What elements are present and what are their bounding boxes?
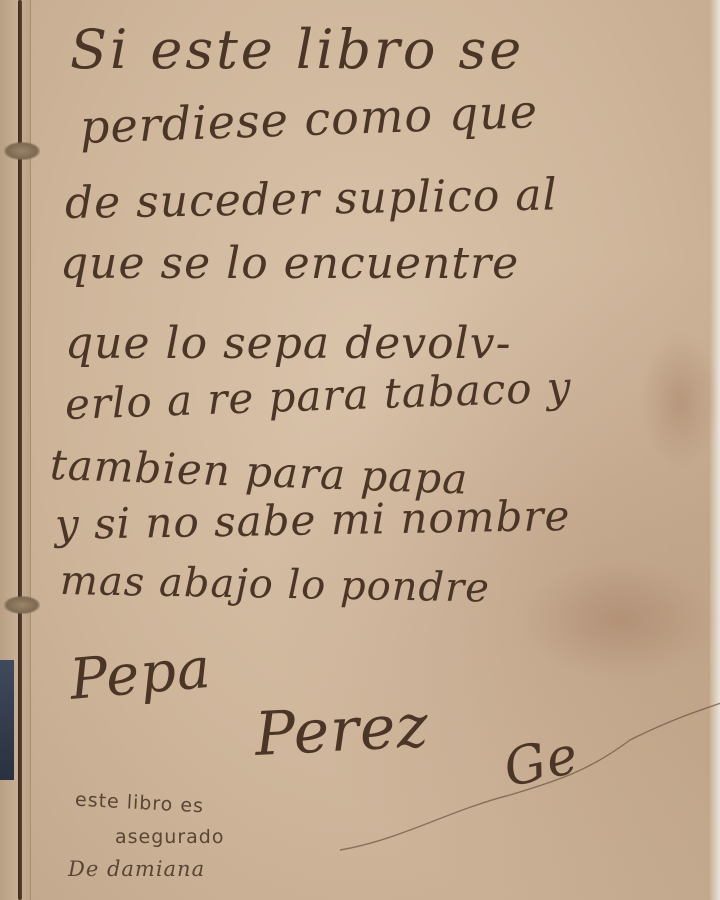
cover-edge [0,660,14,780]
page-edge [710,0,720,900]
pencil-note-line: De damiana [68,857,205,881]
pencil-note-line: asegurado [115,826,224,848]
handwritten-line: perdiese como que [79,84,539,154]
pencil-note-line: este libro es [75,789,205,818]
signature-second-surname: Ge [499,725,584,799]
handwritten-line: mas abajo lo pondre [60,558,491,611]
notebook-page: Si este libro se perdiese como que de su… [0,0,720,900]
handwritten-line: Si este libro se [70,18,524,81]
paper-stain [640,330,720,470]
handwritten-line: erlo a re para tabaco y [64,362,572,429]
binding-thread [4,596,40,614]
signature-surname: Perez [253,691,430,770]
handwritten-line: que lo sepa devolv- [65,318,511,369]
binding-thread [4,142,40,160]
paper-stain [520,560,720,680]
signature-first-name: Pepa [67,636,214,713]
spine-line [18,0,22,900]
handwritten-line: y si no sabe mi nombre [55,491,571,549]
handwritten-line: que se lo encuentre [60,238,519,289]
handwritten-line: de suceder suplico al [65,169,558,229]
